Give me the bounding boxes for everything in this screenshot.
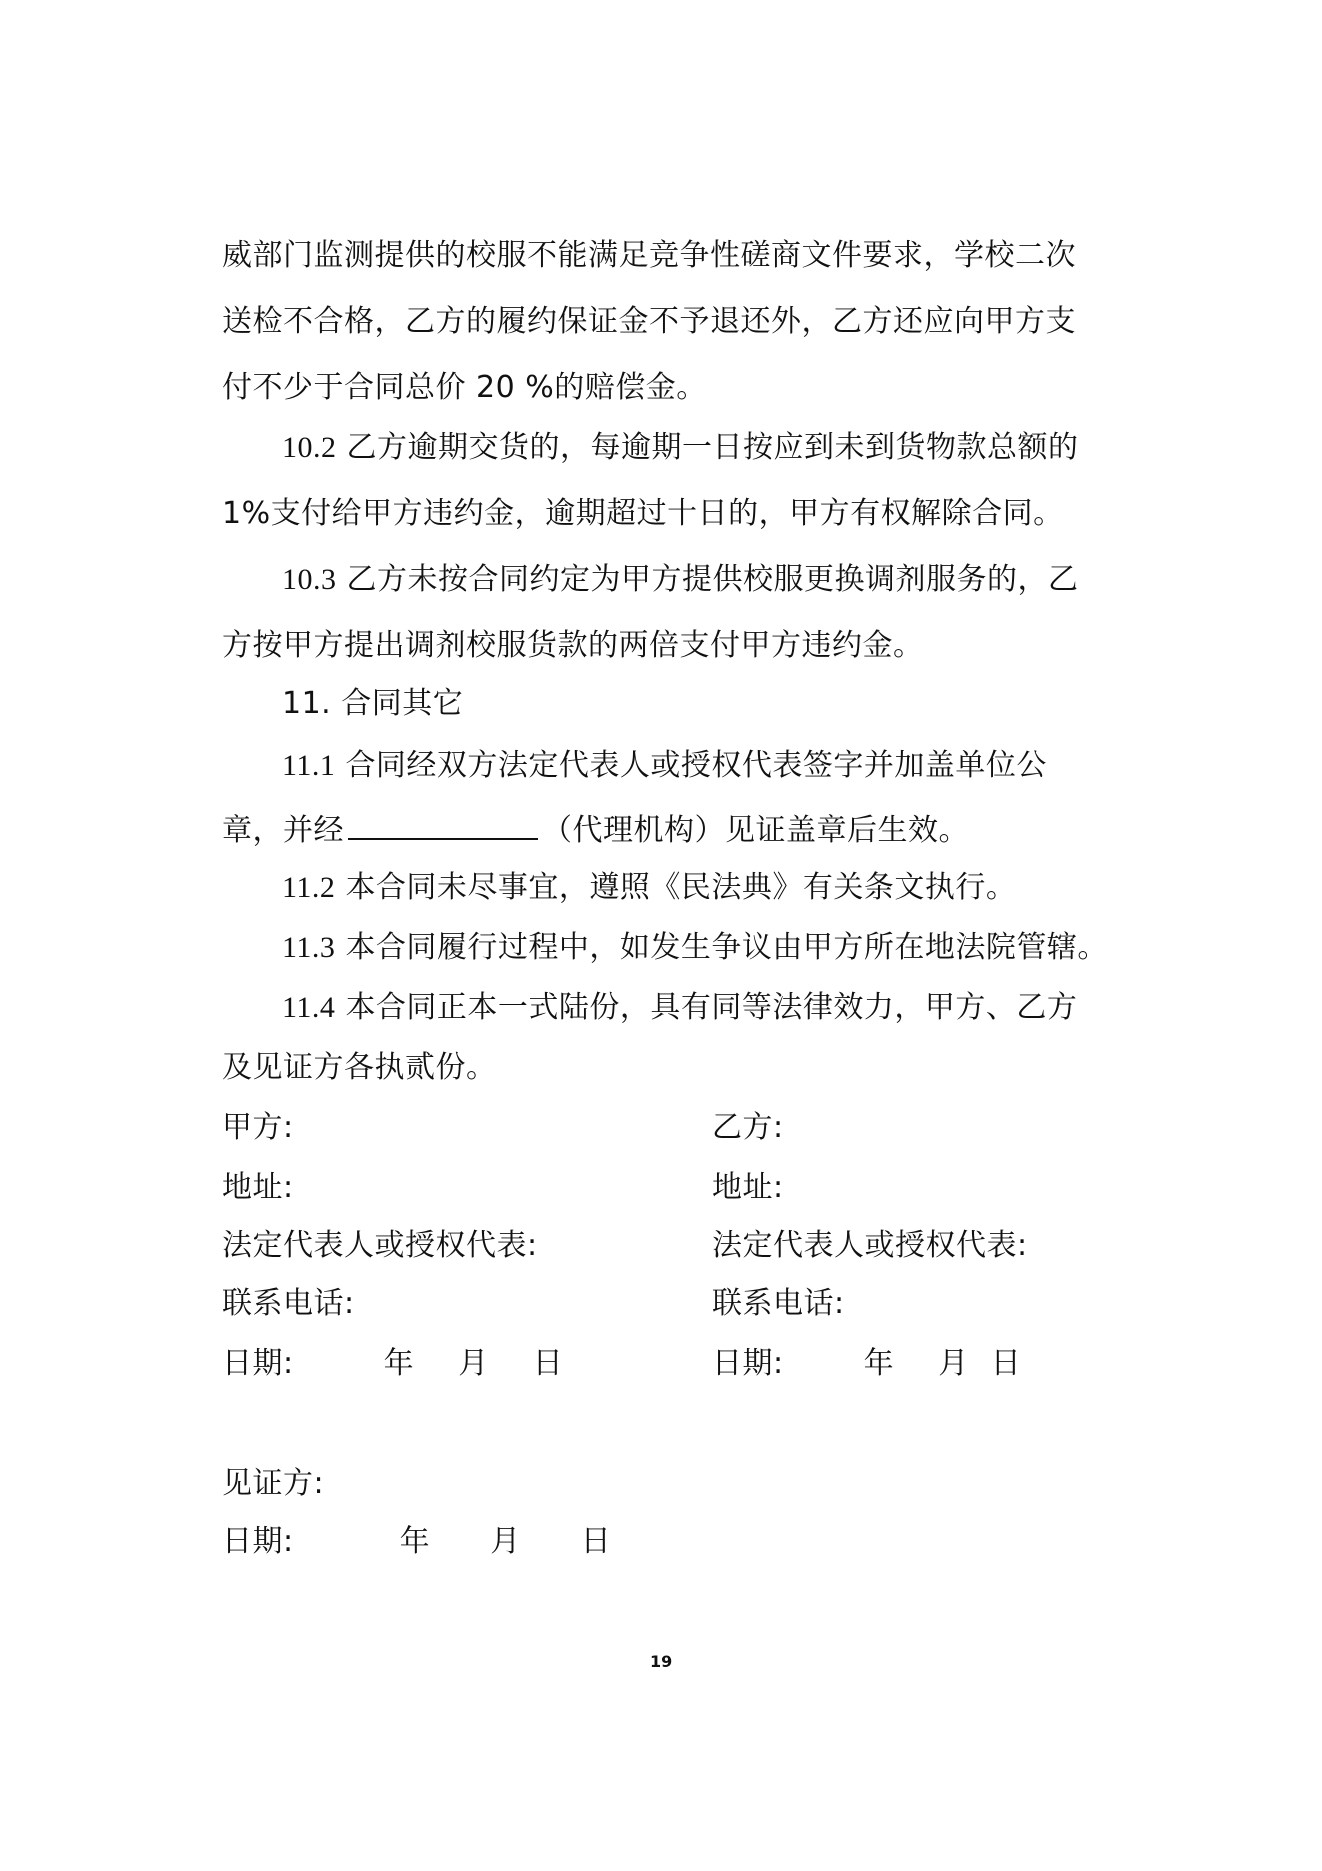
day-label: 日	[991, 1344, 1022, 1384]
party-b-date: 日期: 年 月 日	[712, 1344, 1021, 1384]
date-label: 日期:	[222, 1346, 294, 1381]
party-a-phone: 联系电话:	[222, 1284, 355, 1324]
clause-number: 11.2	[282, 871, 335, 904]
clause-11-1: 11.1 合同经双方法定代表人或授权代表签字并加盖单位公	[282, 746, 1047, 786]
day-label: 日	[581, 1522, 612, 1562]
date-label: 日期:	[712, 1346, 784, 1381]
month-label: 月	[458, 1344, 489, 1384]
date-label: 日期:	[222, 1524, 294, 1559]
paragraph-line: 1%支付给甲方违约金，逾期超过十日的，甲方有权解除合同。	[222, 494, 1064, 534]
clause-number: 11.3	[282, 931, 335, 964]
clause-10-2: 10.2 乙方逾期交货的，每逾期一日按应到未到货物款总额的	[282, 428, 1079, 468]
party-b-address: 地址:	[712, 1168, 784, 1208]
month-label: 月	[938, 1344, 969, 1384]
year-label: 年	[400, 1522, 431, 1562]
paragraph-line: 及见证方各执贰份。	[222, 1048, 497, 1088]
year-label: 年	[384, 1344, 415, 1384]
clause-text: 乙方未按合同约定为甲方提供校服更换调剂服务的，乙	[347, 562, 1079, 597]
month-label: 月	[490, 1522, 521, 1562]
day-label: 日	[533, 1344, 564, 1384]
party-b-representative: 法定代表人或授权代表:	[712, 1226, 1028, 1266]
clause-number: 11.1	[282, 749, 335, 782]
party-a-label: 甲方:	[222, 1108, 294, 1148]
clause-11-3: 11.3 本合同履行过程中，如发生争议由甲方所在地法院管辖。	[282, 928, 1108, 968]
page-number: 19	[650, 1652, 672, 1671]
party-a-representative: 法定代表人或授权代表:	[222, 1226, 538, 1266]
party-b-label: 乙方:	[712, 1108, 784, 1148]
clause-text: 合同经双方法定代表人或授权代表签字并加盖单位公	[345, 748, 1047, 783]
clause-11-4: 11.4 本合同正本一式陆份，具有同等法律效力，甲方、乙方	[282, 988, 1077, 1028]
witness-label: 见证方:	[222, 1464, 324, 1504]
clause-text: 本合同正本一式陆份，具有同等法律效力，甲方、乙方	[345, 990, 1077, 1025]
clause-number: 11.4	[282, 991, 335, 1024]
clause-number: 10.2	[282, 431, 337, 464]
document-page: 威部门监测提供的校服不能满足竞争性磋商文件要求，学校二次 送检不合格，乙方的履约…	[0, 0, 1322, 1871]
paragraph-line: 威部门监测提供的校服不能满足竞争性磋商文件要求，学校二次	[222, 236, 1076, 276]
clause-text: （代理机构）见证盖章后生效。	[542, 813, 969, 848]
clause-10-3: 10.3 乙方未按合同约定为甲方提供校服更换调剂服务的，乙	[282, 560, 1079, 600]
section-11-title: 11. 合同其它	[282, 684, 463, 724]
party-b-phone: 联系电话:	[712, 1284, 845, 1324]
witness-date: 日期: 年 月 日	[222, 1522, 611, 1562]
clause-text: 章，并经	[222, 813, 344, 848]
clause-11-1-line2: 章，并经（代理机构）见证盖章后生效。	[222, 808, 969, 851]
party-a-address: 地址:	[222, 1168, 294, 1208]
blank-field-agency[interactable]	[348, 808, 538, 840]
clause-text: 乙方逾期交货的，每逾期一日按应到未到货物款总额的	[347, 430, 1079, 465]
paragraph-line: 送检不合格，乙方的履约保证金不予退还外，乙方还应向甲方支	[222, 302, 1076, 342]
clause-text: 本合同履行过程中，如发生争议由甲方所在地法院管辖。	[345, 930, 1108, 965]
clause-number: 10.3	[282, 563, 337, 596]
year-label: 年	[864, 1344, 895, 1384]
paragraph-line: 方按甲方提出调剂校服货款的两倍支付甲方违约金。	[222, 626, 924, 666]
paragraph-line: 付不少于合同总价 20 %的赔偿金。	[222, 368, 707, 408]
clause-11-2: 11.2 本合同未尽事宜，遵照《民法典》有关条文执行。	[282, 868, 1016, 908]
party-a-date: 日期: 年 月 日	[222, 1344, 563, 1384]
clause-text: 本合同未尽事宜，遵照《民法典》有关条文执行。	[345, 870, 1016, 905]
